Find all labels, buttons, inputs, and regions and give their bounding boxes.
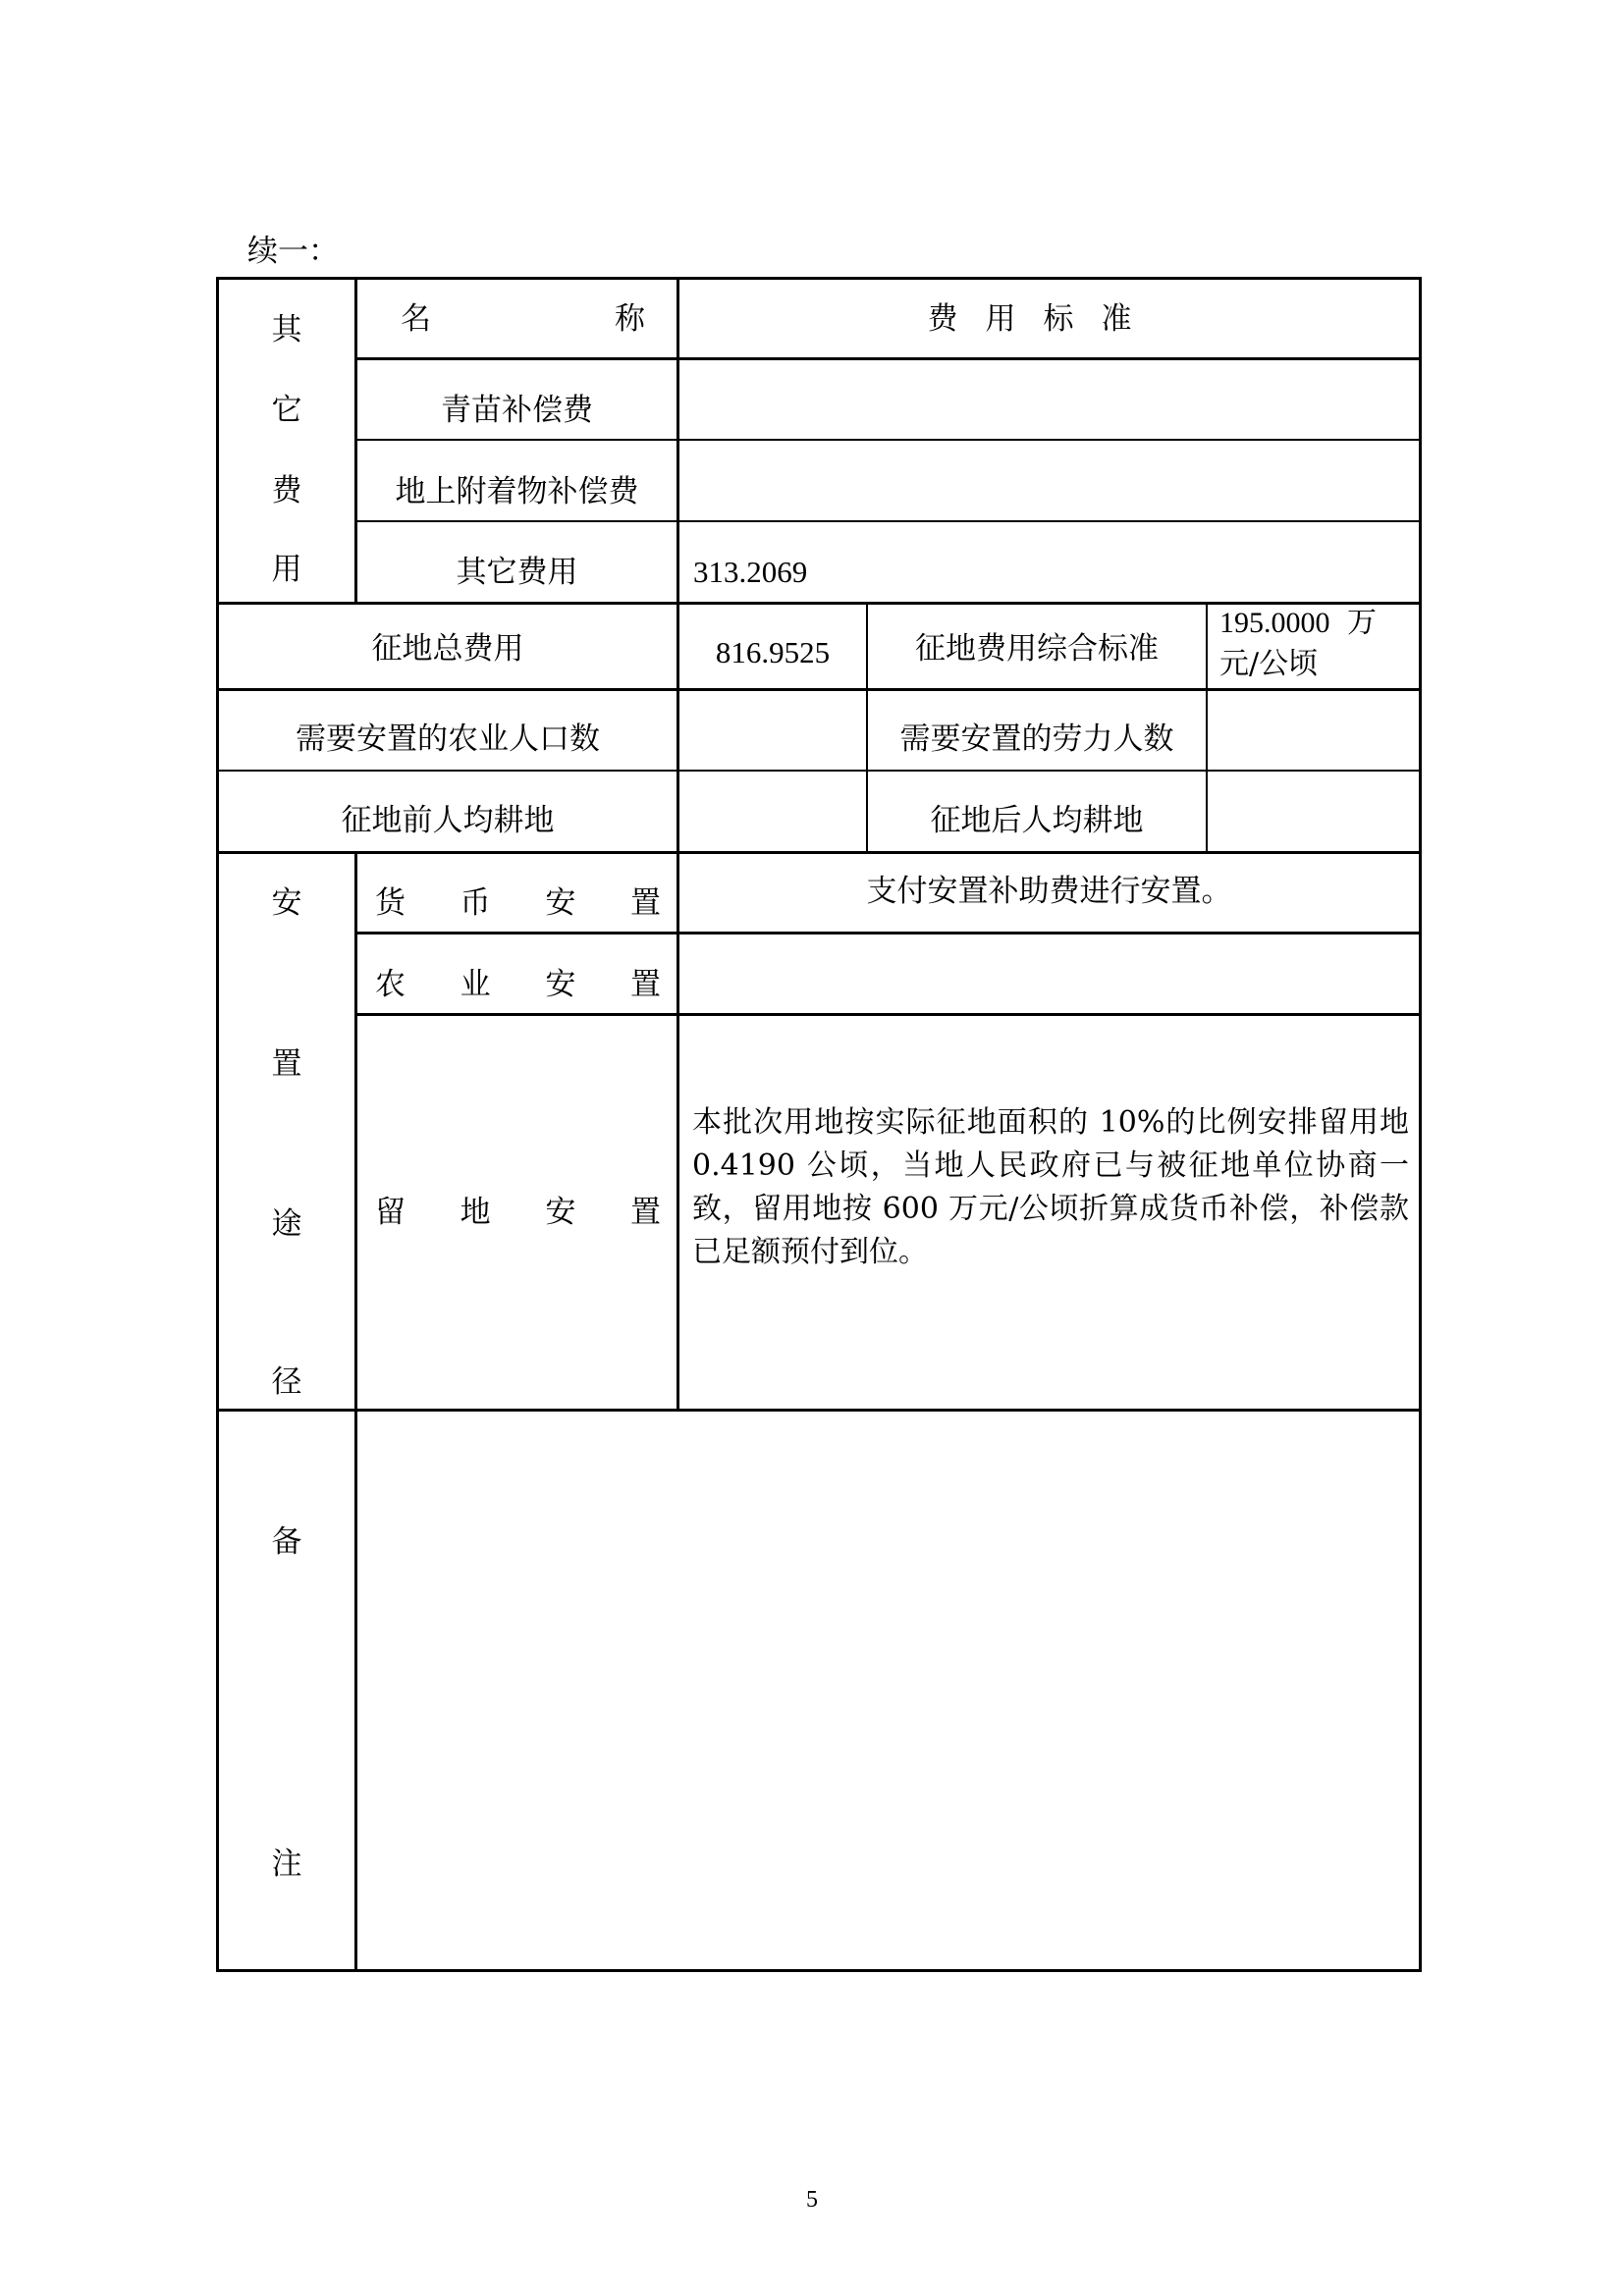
- header-name-char: 称: [615, 297, 645, 341]
- resettlement-char: 途: [219, 1202, 354, 1246]
- fee-value-seedling: [679, 360, 1419, 439]
- composite-standard-label: 征地费用综合标准: [868, 610, 1206, 688]
- header-standard-char: 准: [1102, 297, 1132, 341]
- table-border-right: [1419, 277, 1422, 1972]
- remarks-char: 备: [219, 1521, 354, 1564]
- label-char: 地: [460, 1191, 491, 1234]
- fee-name-seedling: 青苗补偿费: [357, 371, 677, 450]
- label-char: 安: [545, 963, 575, 1006]
- farmland-before-value: [679, 773, 866, 851]
- header-standard-char: 费: [928, 297, 958, 341]
- monetary-resettlement-label: 货 币 安 置: [357, 864, 677, 942]
- other-fees-char: 用: [219, 548, 354, 591]
- farmland-after-value: [1209, 773, 1419, 851]
- resettlement-char: 置: [219, 1042, 354, 1086]
- label-char: 安: [545, 881, 575, 925]
- header-standard-char: 用: [986, 297, 1016, 341]
- header-standard: 费 用 标 准: [679, 280, 1419, 357]
- label-char: 留: [375, 1191, 406, 1234]
- label-char: 农: [375, 963, 406, 1006]
- labor-count-value: [1209, 691, 1419, 770]
- farm-population-value: [679, 691, 866, 770]
- label-char: 置: [630, 963, 661, 1006]
- label-char: 安: [545, 1191, 575, 1234]
- composite-value-line1: 195.0000 万: [1219, 603, 1416, 644]
- fee-value-attachments: [679, 441, 1419, 519]
- label-char: 置: [630, 881, 661, 925]
- total-fee-label: 征地总费用: [219, 610, 677, 688]
- agricultural-resettlement-value: [679, 934, 1419, 1013]
- other-fees-char: 它: [219, 389, 354, 432]
- page-number: 5: [0, 2187, 1624, 2214]
- label-char: 置: [630, 1191, 661, 1234]
- header-name-char: 名: [401, 297, 431, 341]
- table-border-bottom: [216, 1969, 1422, 1972]
- remarks-char: 注: [219, 1842, 354, 1886]
- col-divider: [1206, 602, 1208, 854]
- label-char: 业: [460, 963, 491, 1006]
- label-char: 货: [375, 881, 406, 925]
- farmland-after-label: 征地后人均耕地: [868, 781, 1206, 860]
- table-border-left: [216, 277, 219, 1972]
- farmland-before-label: 征地前人均耕地: [219, 781, 677, 860]
- monetary-resettlement-value: 支付安置补助费进行安置。: [679, 852, 1419, 931]
- header-standard-char: 标: [1044, 297, 1074, 341]
- fee-name-other: 其它费用: [357, 533, 677, 612]
- remarks-value: [359, 1414, 1416, 1967]
- other-fees-char: 费: [219, 469, 354, 512]
- label-char: 币: [460, 881, 491, 925]
- fee-value-other: 313.2069: [679, 533, 1419, 612]
- resettlement-char: 径: [219, 1361, 354, 1404]
- row-divider: [216, 1409, 1422, 1412]
- caption-continued: 续一：: [247, 230, 339, 273]
- composite-standard-value: 195.0000 万 元/公顷: [1219, 603, 1416, 685]
- resettlement-char: 安: [219, 881, 354, 925]
- reserved-land-resettlement-label: 留 地 安 置: [357, 1016, 677, 1409]
- farm-population-label: 需要安置的农业人口数: [219, 700, 677, 778]
- total-fee-value: 816.9525: [679, 614, 866, 692]
- composite-value-line2: 元/公顷: [1219, 644, 1416, 685]
- reserved-land-resettlement-value: 本批次用地按实际征地面积的 10%的比例安排留用地 0.4190 公顷，当地人民…: [692, 1101, 1409, 1274]
- fee-name-attachments: 地上附着物补偿费: [357, 453, 677, 531]
- agricultural-resettlement-label: 农 业 安 置: [357, 945, 677, 1024]
- labor-count-label: 需要安置的劳力人数: [868, 700, 1206, 778]
- header-name: 名 称: [357, 280, 677, 357]
- other-fees-char: 其: [219, 308, 354, 351]
